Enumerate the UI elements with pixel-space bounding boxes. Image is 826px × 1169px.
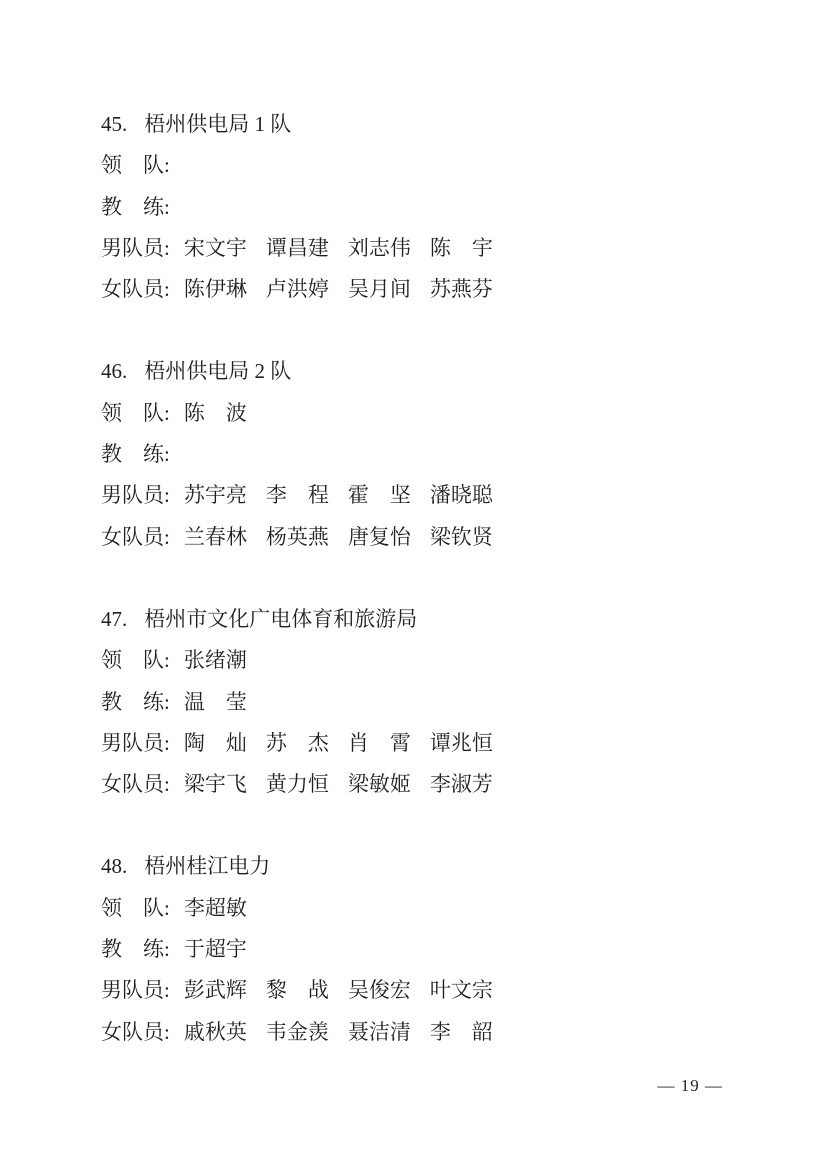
male-players-list: 宋文宇谭昌建刘志伟陈 宇 [184, 236, 493, 260]
coach-label: 教 练: [101, 442, 170, 466]
team-block: 48.梧州桂江电力 领 队:李超敏 教 练:于超宇 男队员:彭武辉黎 战吴俊宏叶… [101, 846, 786, 1052]
player-name: 李淑芳 [430, 772, 493, 796]
female-players-list: 梁宇飞黄力恒梁敏姬李淑芳 [184, 772, 493, 796]
male-players-row: 男队员:苏宇亮李 程霍 坚潘晓聪 [101, 475, 786, 516]
female-players-row: 女队员:戚秋英韦金羡聂洁清李 韶 [101, 1012, 786, 1053]
leader-label: 领 队: [101, 153, 170, 177]
team-title: 48.梧州桂江电力 [101, 846, 786, 887]
player-name: 梁宇飞 [184, 772, 247, 796]
leader-label: 领 队: [101, 896, 170, 920]
player-name: 陶 灿 [184, 731, 247, 755]
coach-row: 教 练:于超宇 [101, 929, 786, 970]
player-name: 苏 杰 [266, 731, 329, 755]
male-players-list: 彭武辉黎 战吴俊宏叶文宗 [184, 978, 493, 1002]
player-name: 杨英燕 [266, 525, 329, 549]
leader-label: 领 队: [101, 648, 170, 672]
player-name: 谭兆恒 [430, 731, 493, 755]
coach-value: 于超宇 [184, 937, 247, 961]
female-players-label: 女队员: [101, 772, 170, 796]
player-name: 肖 霄 [348, 731, 411, 755]
leader-value: 张绪潮 [184, 648, 247, 672]
player-name: 叶文宗 [430, 978, 493, 1002]
team-block: 46.梧州供电局 2 队 领 队:陈 波 教 练: 男队员:苏宇亮李 程霍 坚潘… [101, 351, 786, 557]
team-block: 47.梧州市文化广电体育和旅游局 领 队:张绪潮 教 练:温 莹 男队员:陶 灿… [101, 599, 786, 805]
female-players-row: 女队员:梁宇飞黄力恒梁敏姬李淑芳 [101, 764, 786, 805]
player-name: 刘志伟 [348, 236, 411, 260]
team-number: 48. [101, 854, 127, 878]
player-name: 兰春林 [184, 525, 247, 549]
female-players-label: 女队员: [101, 525, 170, 549]
leader-row: 领 队:张绪潮 [101, 640, 786, 681]
male-players-label: 男队员: [101, 978, 170, 1002]
player-name: 陈伊琳 [184, 277, 247, 301]
leader-row: 领 队:陈 波 [101, 393, 786, 434]
player-name: 梁钦贤 [430, 525, 493, 549]
player-name: 唐复怡 [348, 525, 411, 549]
player-name: 彭武辉 [184, 978, 247, 1002]
coach-label: 教 练: [101, 195, 170, 219]
team-name: 梧州市文化广电体育和旅游局 [144, 607, 417, 631]
player-name: 黄力恒 [266, 772, 329, 796]
male-players-label: 男队员: [101, 483, 170, 507]
male-players-label: 男队员: [101, 731, 170, 755]
player-name: 潘晓聪 [430, 483, 493, 507]
male-players-row: 男队员:彭武辉黎 战吴俊宏叶文宗 [101, 970, 786, 1011]
team-title: 46.梧州供电局 2 队 [101, 351, 786, 392]
player-name: 谭昌建 [266, 236, 329, 260]
player-name: 卢洪婷 [266, 277, 329, 301]
team-title: 47.梧州市文化广电体育和旅游局 [101, 599, 786, 640]
player-name: 戚秋英 [184, 1020, 247, 1044]
page-content: 45.梧州供电局 1 队 领 队: 教 练: 男队员:宋文宇谭昌建刘志伟陈 宇 … [101, 104, 786, 1094]
player-name: 陈 宇 [430, 236, 493, 260]
player-name: 李 韶 [430, 1020, 493, 1044]
coach-label: 教 练: [101, 937, 170, 961]
document-page: 45.梧州供电局 1 队 领 队: 教 练: 男队员:宋文宇谭昌建刘志伟陈 宇 … [0, 0, 826, 1169]
team-number: 46. [101, 359, 127, 383]
male-players-list: 陶 灿苏 杰肖 霄谭兆恒 [184, 731, 493, 755]
player-name: 梁敏姬 [348, 772, 411, 796]
coach-label: 教 练: [101, 690, 170, 714]
female-players-row: 女队员:陈伊琳卢洪婷吴月间苏燕芬 [101, 269, 786, 310]
female-players-list: 戚秋英韦金羡聂洁清李 韶 [184, 1020, 493, 1044]
player-name: 黎 战 [266, 978, 329, 1002]
player-name: 吴月间 [348, 277, 411, 301]
team-name: 梧州桂江电力 [144, 854, 270, 878]
player-name: 霍 坚 [348, 483, 411, 507]
female-players-list: 陈伊琳卢洪婷吴月间苏燕芬 [184, 277, 493, 301]
female-players-label: 女队员: [101, 1020, 170, 1044]
male-players-label: 男队员: [101, 236, 170, 260]
player-name: 李 程 [266, 483, 329, 507]
male-players-row: 男队员:宋文宇谭昌建刘志伟陈 宇 [101, 228, 786, 269]
female-players-label: 女队员: [101, 277, 170, 301]
leader-row: 领 队: [101, 145, 786, 186]
player-name: 韦金羡 [266, 1020, 329, 1044]
player-name: 聂洁清 [348, 1020, 411, 1044]
leader-value: 陈 波 [184, 401, 247, 425]
female-players-row: 女队员:兰春林杨英燕唐复怡梁钦贤 [101, 517, 786, 558]
leader-label: 领 队: [101, 401, 170, 425]
coach-row: 教 练: [101, 434, 786, 475]
leader-row: 领 队:李超敏 [101, 888, 786, 929]
page-footer: — 19 — [0, 1076, 826, 1096]
female-players-list: 兰春林杨英燕唐复怡梁钦贤 [184, 525, 493, 549]
team-number: 47. [101, 607, 127, 631]
player-name: 宋文宇 [184, 236, 247, 260]
coach-value: 温 莹 [184, 690, 247, 714]
male-players-list: 苏宇亮李 程霍 坚潘晓聪 [184, 483, 493, 507]
team-block: 45.梧州供电局 1 队 领 队: 教 练: 男队员:宋文宇谭昌建刘志伟陈 宇 … [101, 104, 786, 310]
player-name: 苏宇亮 [184, 483, 247, 507]
team-number: 45. [101, 112, 127, 136]
player-name: 吴俊宏 [348, 978, 411, 1002]
team-name: 梧州供电局 1 队 [144, 112, 291, 136]
team-name: 梧州供电局 2 队 [144, 359, 291, 383]
page-number: — 19 — [658, 1076, 724, 1096]
team-title: 45.梧州供电局 1 队 [101, 104, 786, 145]
player-name: 苏燕芬 [430, 277, 493, 301]
leader-value: 李超敏 [184, 896, 247, 920]
coach-row: 教 练:温 莹 [101, 682, 786, 723]
male-players-row: 男队员:陶 灿苏 杰肖 霄谭兆恒 [101, 723, 786, 764]
coach-row: 教 练: [101, 187, 786, 228]
